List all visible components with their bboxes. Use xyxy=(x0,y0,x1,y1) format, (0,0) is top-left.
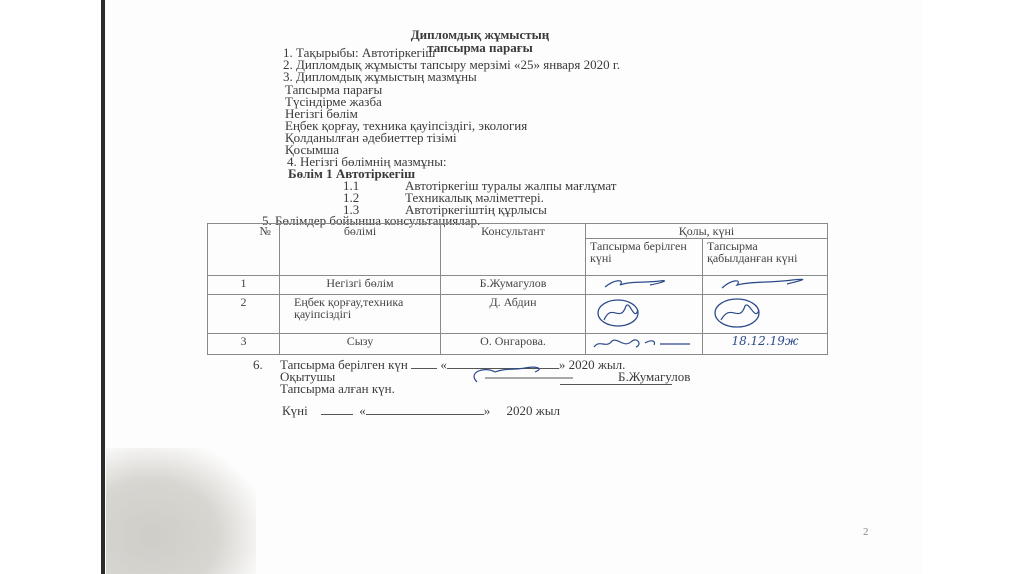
quote-close: » xyxy=(484,403,491,418)
date-day-blank[interactable] xyxy=(321,414,353,415)
row-consultant: Д. Абдин xyxy=(441,295,586,334)
table-row: 3 Сызу О. Онгарова. 18.12.19ж xyxy=(208,334,828,355)
day-blank[interactable] xyxy=(411,368,437,369)
signature-accepted xyxy=(703,276,828,295)
signature-given xyxy=(586,295,703,334)
header-signature-group: Қолы, күні xyxy=(586,224,828,239)
row-section: Еңбек қорғау,техника қауіпсіздігі xyxy=(280,295,441,334)
row-consultant: Б.Жумагулов xyxy=(441,276,586,295)
signature-icon xyxy=(590,296,690,330)
page-number: 2 xyxy=(863,526,869,538)
teacher-name: Б.Жумагулов xyxy=(618,370,690,384)
header-num: № xyxy=(208,224,280,276)
signature-icon xyxy=(707,277,815,291)
year-text-2: 2020 жыл xyxy=(507,403,560,418)
row-consultant: О. Онгарова. xyxy=(441,334,586,355)
row-section: Негізгі бөлім xyxy=(280,276,441,295)
header-section: бөлімі xyxy=(280,224,441,276)
row-num: 1 xyxy=(208,276,280,295)
date-month-blank[interactable] xyxy=(366,414,484,415)
year-text: 2020 жыл. xyxy=(569,357,626,372)
table-row: 2 Еңбек қорғау,техника қауіпсіздігі Д. А… xyxy=(208,295,828,334)
teacher-signature xyxy=(465,362,575,391)
received-date-label: Тапсырма алған күн. xyxy=(280,382,395,396)
page-edge xyxy=(101,0,105,574)
signature-accepted xyxy=(703,295,828,334)
quote-open: « xyxy=(359,403,366,418)
header-given-date: Тапсырма берілген күні xyxy=(586,239,703,276)
table-row: 1 Негізгі бөлім Б.Жумагулов xyxy=(208,276,828,295)
date-label: Күні xyxy=(282,403,308,418)
consultations-table: № бөлімі Консультант Қолы, күні Тапсырма… xyxy=(207,223,828,355)
header-consultant: Консультант xyxy=(441,224,586,276)
signature-icon xyxy=(590,277,690,291)
signature-given xyxy=(586,334,703,355)
date-line: Күні «» 2020 жыл xyxy=(282,404,560,418)
signature-given xyxy=(586,276,703,295)
accepted-date: 18.12.19ж xyxy=(703,334,828,355)
photo-shadow xyxy=(106,448,256,574)
signature-icon xyxy=(465,362,575,386)
quote-open: « xyxy=(440,357,447,372)
signature-icon xyxy=(590,335,690,351)
header-accepted-date: Тапсырма қабылданған күні xyxy=(703,239,828,276)
signature-icon xyxy=(707,296,815,330)
item-6-number: 6. xyxy=(253,358,263,372)
received-date-blank[interactable] xyxy=(560,384,672,385)
row-num: 3 xyxy=(208,334,280,355)
row-num: 2 xyxy=(208,295,280,334)
row-section: Сызу xyxy=(280,334,441,355)
